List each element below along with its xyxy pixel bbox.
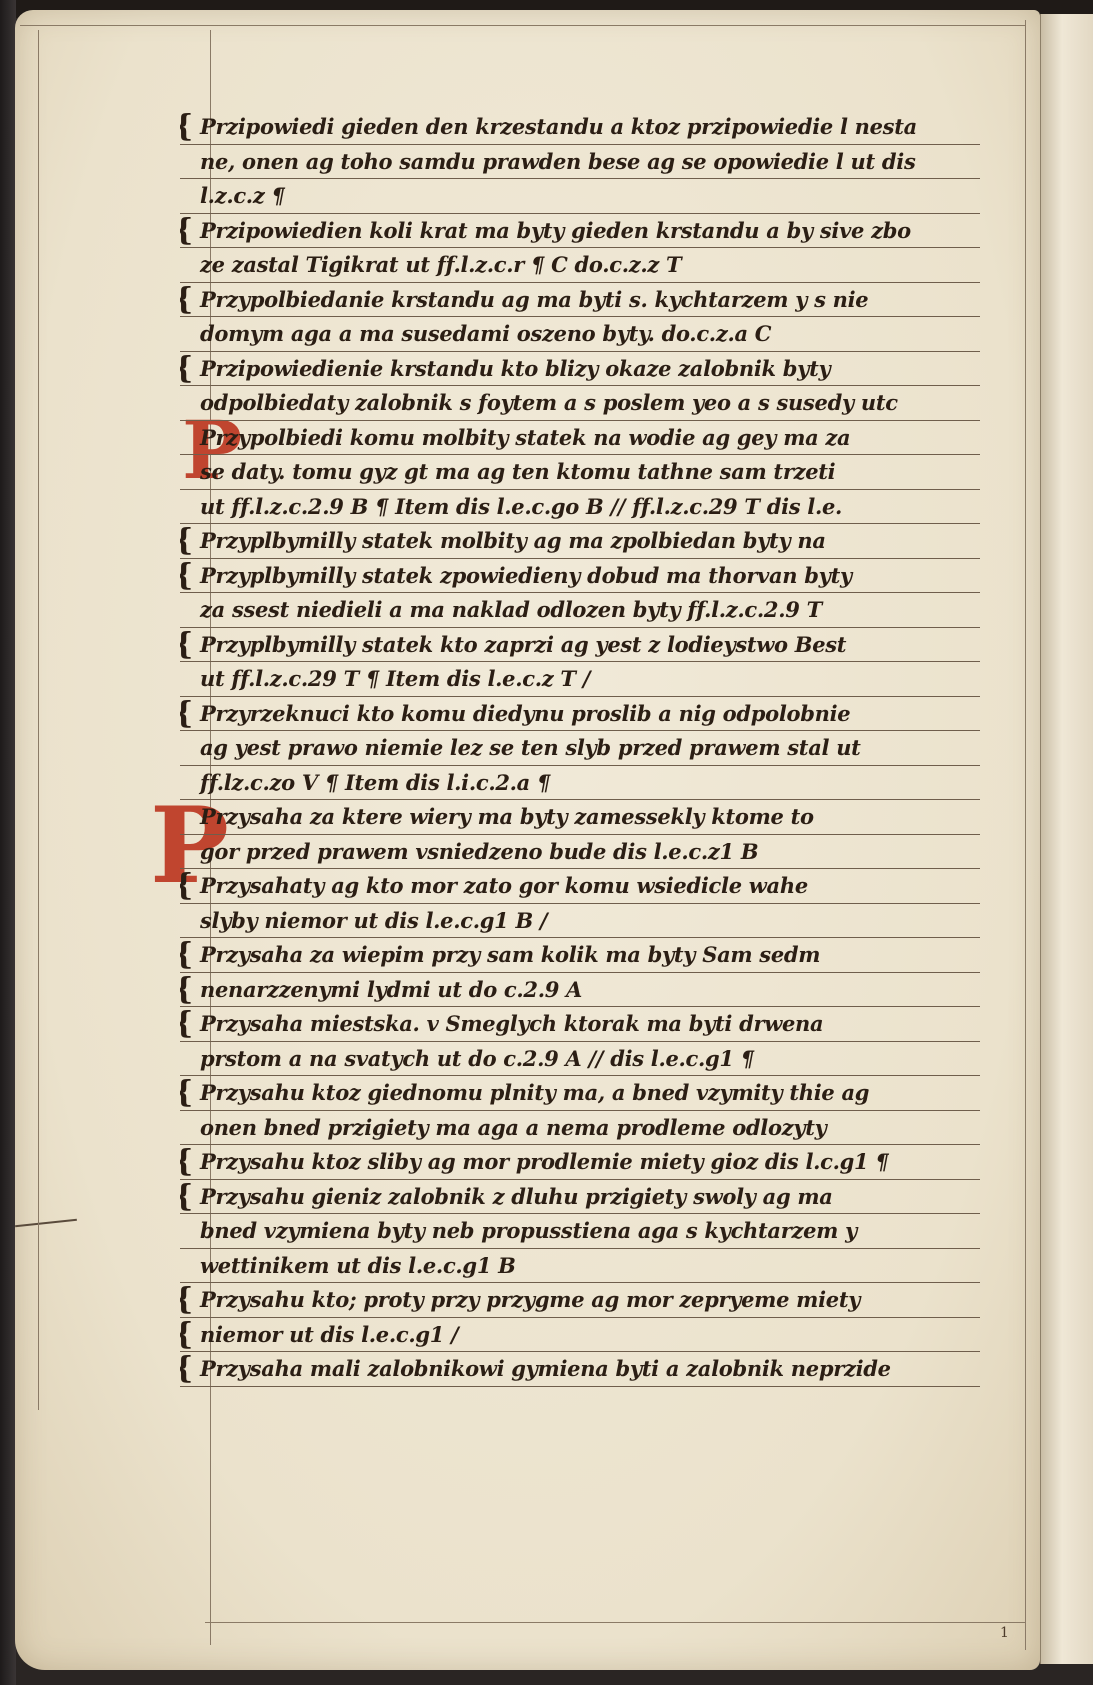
text-line: {niemor ut dis l.e.c.g1 / xyxy=(180,1318,980,1353)
paragraph-mark-icon: { xyxy=(180,1145,193,1179)
text-line: Przypolbiedi komu molbity statek na wodi… xyxy=(180,421,980,456)
next-leaf-edge xyxy=(1040,14,1093,1664)
text-line: odpolbiedaty zalobnik s foytem a s posle… xyxy=(180,386,980,421)
paragraph-mark-icon: { xyxy=(180,697,193,731)
book-spine-edge xyxy=(0,0,16,1685)
paragraph-mark-icon: { xyxy=(180,110,193,144)
text-line: {Przyplbymilly statek zpowiedieny dobud … xyxy=(180,559,980,594)
text-line: {Przipowiedien koli krat ma byty gieden … xyxy=(180,214,980,249)
text-block: {Przipowiedi gieden den krzestandu a kto… xyxy=(180,110,980,1387)
text-line: ut ff.l.z.c.2.9 B ¶ Item dis l.e.c.go B … xyxy=(180,490,980,525)
text-line: {Przysaha miestska. v Smeglych ktorak ma… xyxy=(180,1007,980,1042)
paragraph-mark-icon: { xyxy=(180,524,193,558)
text-line: {Przyplbymilly statek molbity ag ma zpol… xyxy=(180,524,980,559)
text-line: {Przysaha mali zalobnikowi gymiena byti … xyxy=(180,1352,980,1387)
text-line: Przysaha za ktere wiery ma byty zamessek… xyxy=(180,800,980,835)
paragraph-mark-icon: { xyxy=(180,869,193,903)
text-line: ne, onen ag toho samdu prawden bese ag s… xyxy=(180,145,980,180)
text-line: prstom a na svatych ut do c.2.9 A // dis… xyxy=(180,1042,980,1077)
text-line: {Przipowiedienie krstandu kto blizy okaz… xyxy=(180,352,980,387)
text-line: {nenarzzenymi lydmi ut do c.2.9 A xyxy=(180,973,980,1008)
paragraph-mark-icon: { xyxy=(180,214,193,248)
text-line: {Przipowiedi gieden den krzestandu a kto… xyxy=(180,110,980,145)
text-line: onen bned przigiety ma aga a nema prodle… xyxy=(180,1111,980,1146)
paragraph-mark-icon: { xyxy=(180,1076,193,1110)
ruling-right-text xyxy=(1025,20,1026,1650)
text-line: wettinikem ut dis l.e.c.g1 B xyxy=(180,1249,980,1284)
ruling-bottom xyxy=(205,1622,1025,1623)
text-line: gor przed prawem vsniedzeno bude dis l.e… xyxy=(180,835,980,870)
paragraph-mark-icon: { xyxy=(180,938,193,972)
text-line: {Przypolbiedanie krstandu ag ma byti s. … xyxy=(180,283,980,318)
text-line: {Przysahu ktoz sliby ag mor prodlemie mi… xyxy=(180,1145,980,1180)
ruling-left-outer xyxy=(38,30,39,1410)
text-line: {Przysahu ktoz giednomu plnity ma, a bne… xyxy=(180,1076,980,1111)
text-line: bned vzymiena byty neb propusstiena aga … xyxy=(180,1214,980,1249)
paragraph-mark-icon: { xyxy=(180,973,193,1007)
text-line: ff.lz.c.zo V ¶ Item dis l.i.c.2.a ¶ xyxy=(180,766,980,801)
text-line: slyby niemor ut dis l.e.c.g1 B / xyxy=(180,904,980,939)
text-line: se daty. tomu gyz gt ma ag ten ktomu tat… xyxy=(180,455,980,490)
paragraph-mark-icon: { xyxy=(180,1007,193,1041)
text-line: za ssest niedieli a ma naklad odlozen by… xyxy=(180,593,980,628)
text-line: ze zastal Tigikrat ut ff.l.z.c.r ¶ C do.… xyxy=(180,248,980,283)
foliation-mark: 1 xyxy=(1000,1625,1009,1641)
text-line: ut ff.l.z.c.29 T ¶ Item dis l.e.c.z T / xyxy=(180,662,980,697)
paragraph-mark-icon: { xyxy=(180,1318,193,1352)
text-line: {Przyrzeknuci kto komu diedynu proslib a… xyxy=(180,697,980,732)
text-line: {Przysahu kto; proty przy przygme ag mor… xyxy=(180,1283,980,1318)
text-line: ag yest prawo niemie lez se ten slyb prz… xyxy=(180,731,980,766)
paragraph-mark-icon: { xyxy=(180,1283,193,1317)
text-line: {Przysahaty ag kto mor zato gor komu wsi… xyxy=(180,869,980,904)
text-line: domym aga a ma susedami oszeno byty. do.… xyxy=(180,317,980,352)
text-line: {Przysaha za wiepim przy sam kolik ma by… xyxy=(180,938,980,973)
text-line: {Przysahu gieniz zalobnik z dluhu przigi… xyxy=(180,1180,980,1215)
paragraph-mark-icon: { xyxy=(180,1180,193,1214)
paragraph-mark-icon: { xyxy=(180,283,193,317)
ruling-top xyxy=(20,25,1025,26)
paragraph-mark-icon: { xyxy=(180,352,193,386)
text-line: {Przyplbymilly statek kto zaprzi ag yest… xyxy=(180,628,980,663)
paragraph-mark-icon: { xyxy=(180,1352,193,1386)
paragraph-mark-icon: { xyxy=(180,628,193,662)
paragraph-mark-icon: { xyxy=(180,559,193,593)
text-line: l.z.c.z ¶ xyxy=(180,179,980,214)
